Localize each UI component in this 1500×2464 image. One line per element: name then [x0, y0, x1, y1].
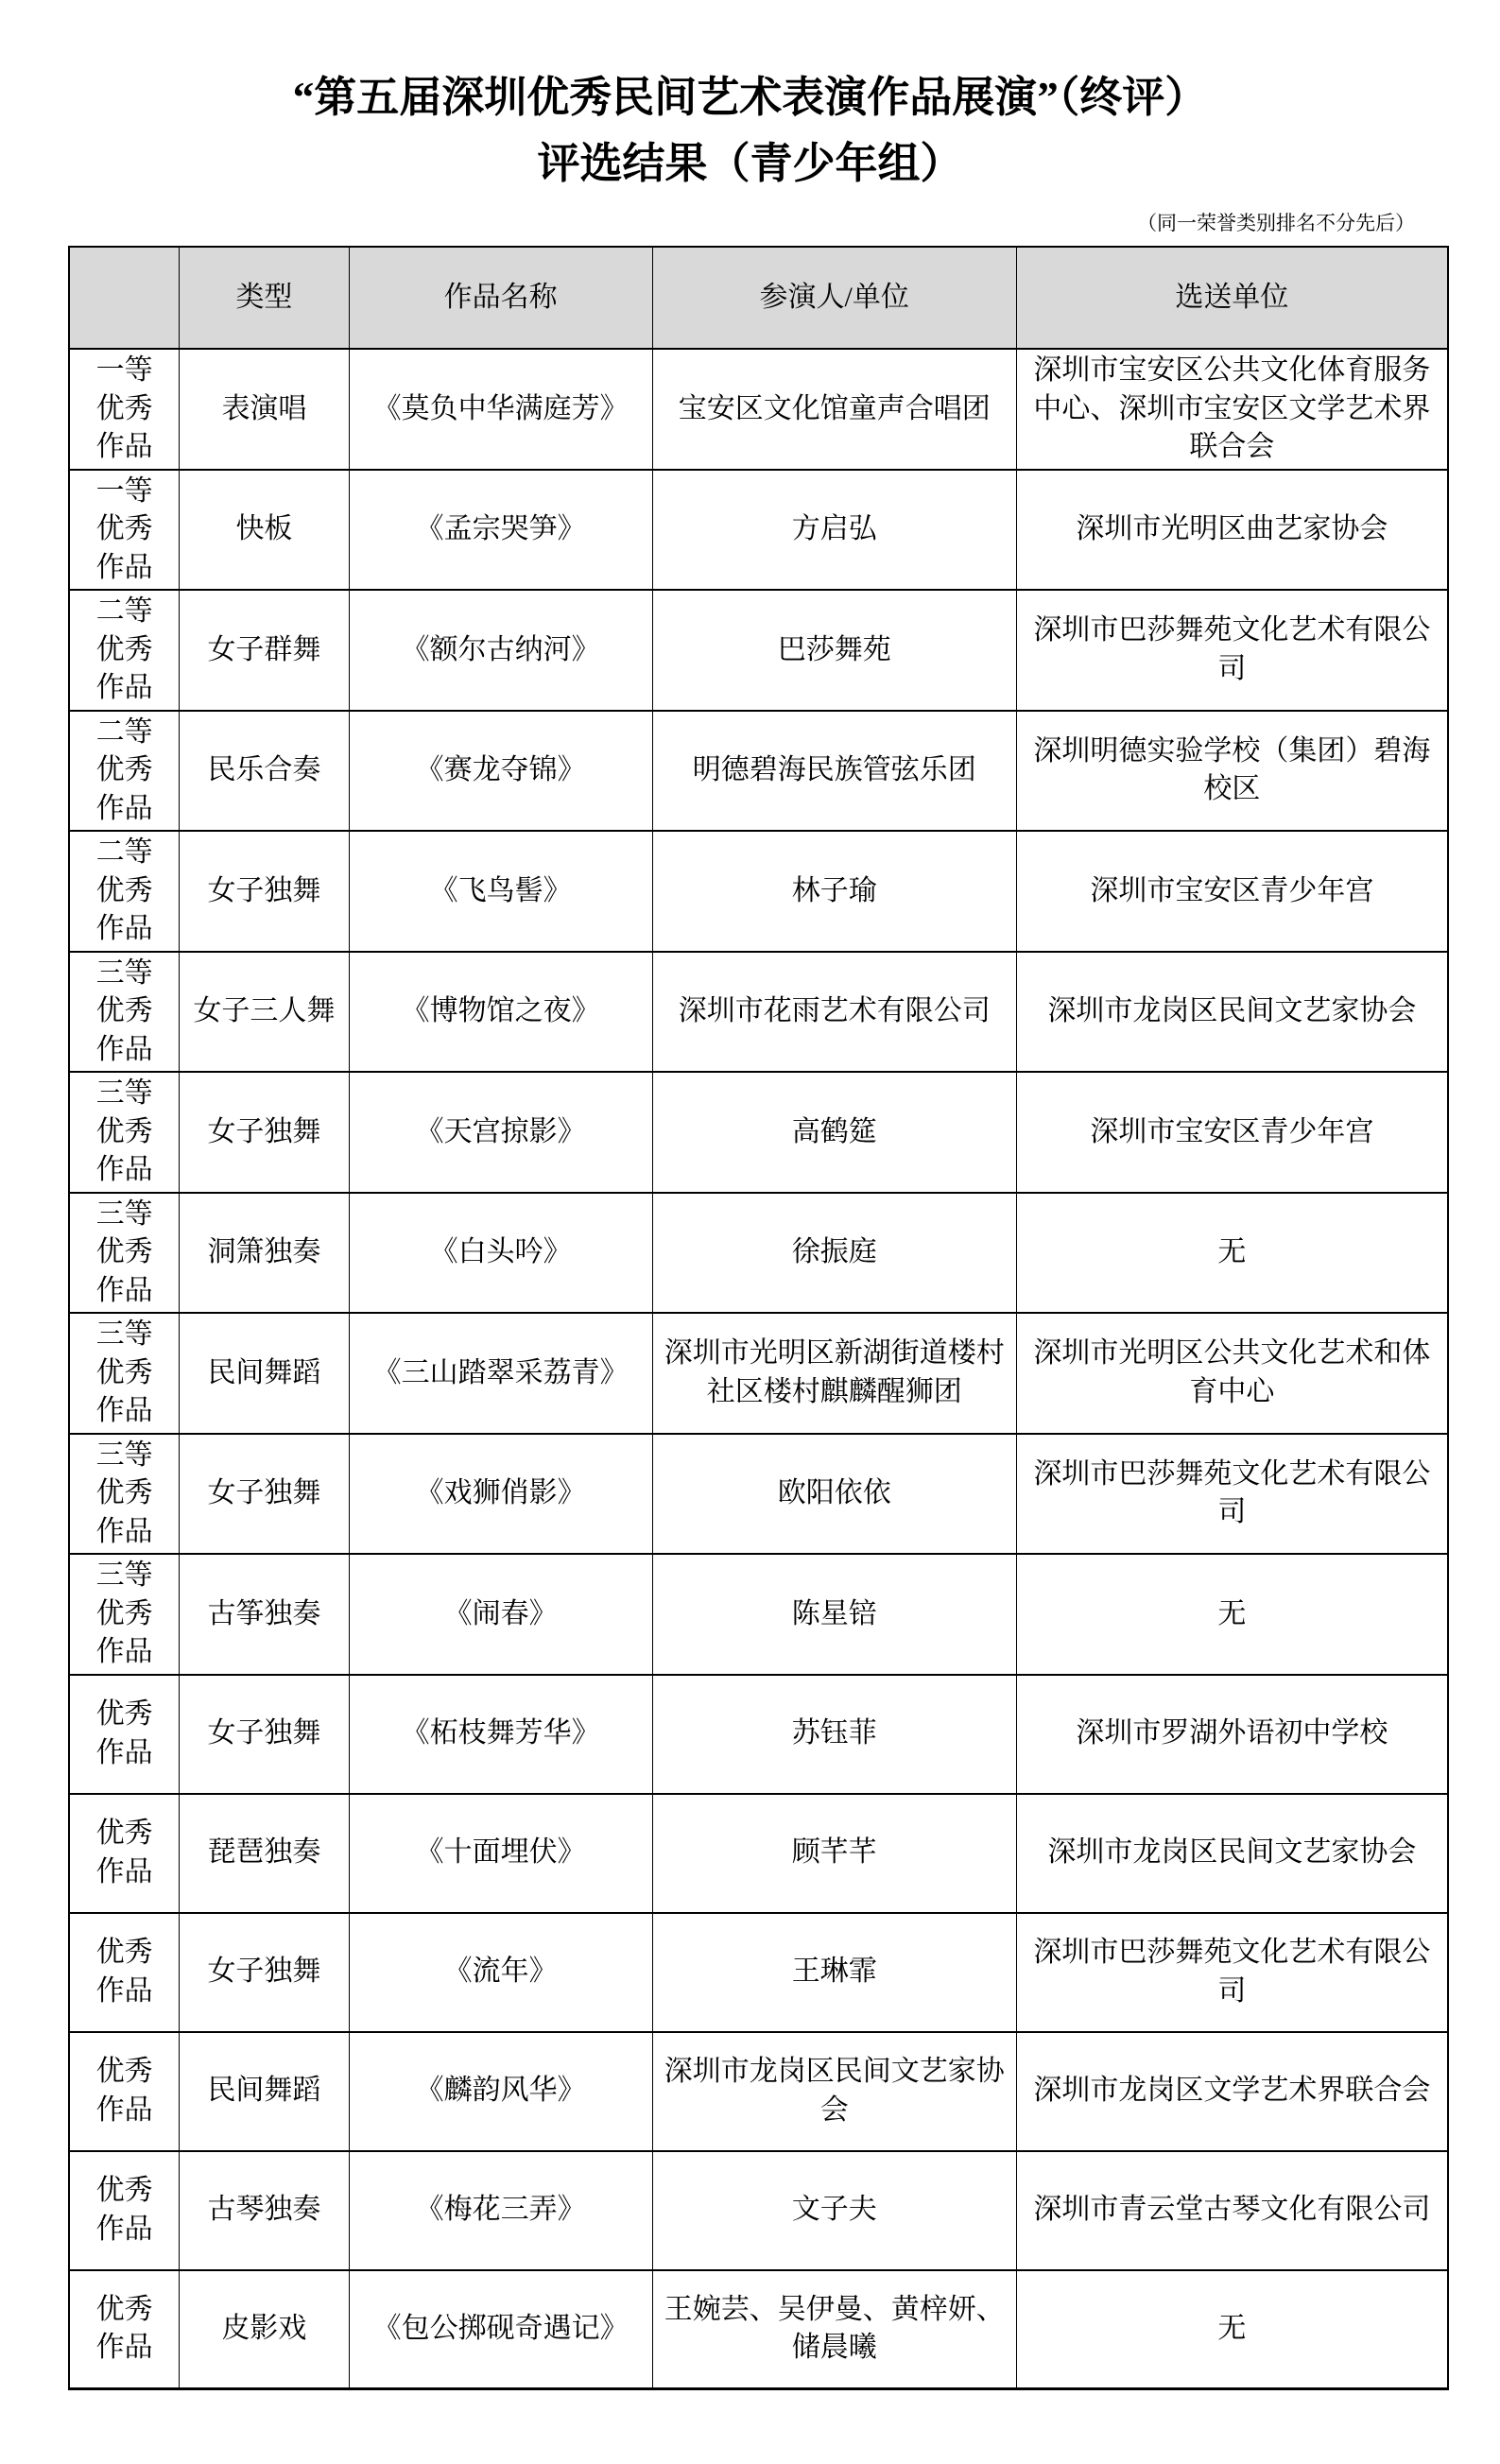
table-row: 一等优秀作品 快板 《孟宗哭笋》 方启弘 深圳市光明区曲艺家协会	[69, 470, 1448, 591]
cell-performer: 方启弘	[652, 470, 1016, 591]
award-label: 优秀作品	[96, 2291, 153, 2368]
award-label: 优秀作品	[96, 2172, 153, 2249]
cell-work: 《天宫掠影》	[349, 1072, 652, 1193]
table-row: 三等优秀作品 女子三人舞 《博物馆之夜》 深圳市花雨艺术有限公司 深圳市龙岗区民…	[69, 952, 1448, 1073]
cell-award: 三等优秀作品	[69, 952, 180, 1073]
table-row: 二等优秀作品 女子独舞 《飞鸟髻》 林子瑜 深圳市宝安区青少年宫	[69, 831, 1448, 952]
cell-performer: 深圳市花雨艺术有限公司	[652, 952, 1016, 1073]
award-label: 二等优秀作品	[96, 714, 153, 829]
header-cell-performer: 参演人/单位	[652, 247, 1016, 349]
cell-award: 三等优秀作品	[69, 1554, 180, 1675]
cell-work: 《戏狮俏影》	[349, 1434, 652, 1555]
table-row: 二等优秀作品 女子群舞 《额尔古纳河》 巴莎舞苑 深圳市巴莎舞苑文化艺术有限公司	[69, 590, 1448, 711]
cell-type: 古筝独奏	[180, 1554, 349, 1675]
cell-unit: 深圳市巴莎舞苑文化艺术有限公司	[1016, 1434, 1448, 1555]
award-label: 三等优秀作品	[96, 1075, 153, 1190]
cell-award: 二等优秀作品	[69, 711, 180, 832]
award-label: 三等优秀作品	[96, 1437, 153, 1552]
cell-unit: 无	[1016, 1193, 1448, 1314]
results-table: 类型 作品名称 参演人/单位 选送单位 一等优秀作品 表演唱 《莫负中华满庭芳》…	[68, 246, 1449, 2390]
cell-unit: 深圳市青云堂古琴文化有限公司	[1016, 2151, 1448, 2270]
table-row: 优秀作品 古琴独奏 《梅花三弄》 文子夫 深圳市青云堂古琴文化有限公司	[69, 2151, 1448, 2270]
cell-award: 优秀作品	[69, 1675, 180, 1794]
award-label: 三等优秀作品	[96, 1557, 153, 1672]
cell-work: 《梅花三弄》	[349, 2151, 652, 2270]
award-label: 三等优秀作品	[96, 1196, 153, 1311]
header-cell-unit: 选送单位	[1016, 247, 1448, 349]
cell-work: 《博物馆之夜》	[349, 952, 652, 1073]
cell-type: 女子独舞	[180, 831, 349, 952]
cell-type: 洞箫独奏	[180, 1193, 349, 1314]
cell-unit: 深圳市宝安区公共文化体育服务中心、深圳市宝安区文学艺术界联合会	[1016, 349, 1448, 470]
cell-type: 民乐合奏	[180, 711, 349, 832]
table-row: 二等优秀作品 民乐合奏 《赛龙夺锦》 明德碧海民族管弦乐团 深圳明德实验学校（集…	[69, 711, 1448, 832]
table-row: 三等优秀作品 女子独舞 《戏狮俏影》 欧阳依依 深圳市巴莎舞苑文化艺术有限公司	[69, 1434, 1448, 1555]
ranking-note: （同一荣誉类别排名不分先后）	[68, 212, 1449, 234]
cell-type: 古琴独奏	[180, 2151, 349, 2270]
table-row: 一等优秀作品 表演唱 《莫负中华满庭芳》 宝安区文化馆童声合唱团 深圳市宝安区公…	[69, 349, 1448, 470]
page-title-line1: “第五届深圳优秀民间艺术表演作品展演”（终评）	[0, 64, 1500, 130]
cell-unit: 深圳明德实验学校（集团）碧海校区	[1016, 711, 1448, 832]
cell-type: 女子群舞	[180, 590, 349, 711]
cell-work: 《赛龙夺锦》	[349, 711, 652, 832]
table-row: 优秀作品 民间舞蹈 《麟韵风华》 深圳市龙岗区民间文艺家协会 深圳市龙岗区文学艺…	[69, 2032, 1448, 2151]
cell-work: 《十面埋伏》	[349, 1794, 652, 1913]
cell-unit: 深圳市光明区曲艺家协会	[1016, 470, 1448, 591]
cell-performer: 巴莎舞苑	[652, 590, 1016, 711]
cell-performer: 宝安区文化馆童声合唱团	[652, 349, 1016, 470]
cell-award: 优秀作品	[69, 1913, 180, 2032]
cell-type: 女子独舞	[180, 1913, 349, 2032]
table-row: 优秀作品 女子独舞 《流年》 王琳霏 深圳市巴莎舞苑文化艺术有限公司	[69, 1913, 1448, 2032]
cell-work: 《柘枝舞芳华》	[349, 1675, 652, 1794]
cell-unit: 深圳市龙岗区文学艺术界联合会	[1016, 2032, 1448, 2151]
award-label: 优秀作品	[96, 1696, 153, 1772]
cell-type: 快板	[180, 470, 349, 591]
cell-award: 一等优秀作品	[69, 349, 180, 470]
award-label: 一等优秀作品	[96, 473, 153, 588]
award-label: 优秀作品	[96, 2053, 153, 2129]
cell-performer: 王琳霏	[652, 1913, 1016, 2032]
cell-type: 皮影戏	[180, 2270, 349, 2389]
page-title-line2: 评选结果（青少年组）	[0, 130, 1500, 197]
cell-award: 二等优秀作品	[69, 590, 180, 711]
cell-work: 《包公掷砚奇遇记》	[349, 2270, 652, 2389]
table-row: 优秀作品 皮影戏 《包公掷砚奇遇记》 王婉芸、吴伊曼、黄梓妍、储晨曦 无	[69, 2270, 1448, 2389]
cell-unit: 深圳市光明区公共文化艺术和体育中心	[1016, 1313, 1448, 1434]
cell-type: 表演唱	[180, 349, 349, 470]
cell-type: 女子独舞	[180, 1434, 349, 1555]
cell-type: 女子独舞	[180, 1675, 349, 1794]
header-cell-type: 类型	[180, 247, 349, 349]
header-cell-award	[69, 247, 180, 349]
cell-unit: 深圳市巴莎舞苑文化艺术有限公司	[1016, 1913, 1448, 2032]
cell-award: 三等优秀作品	[69, 1193, 180, 1314]
award-label: 优秀作品	[96, 1934, 153, 2010]
cell-award: 优秀作品	[69, 2270, 180, 2389]
cell-performer: 深圳市龙岗区民间文艺家协会	[652, 2032, 1016, 2151]
cell-award: 优秀作品	[69, 2032, 180, 2151]
cell-performer: 深圳市光明区新湖街道楼村社区楼村麒麟醒狮团	[652, 1313, 1016, 1434]
cell-work: 《额尔古纳河》	[349, 590, 652, 711]
cell-award: 三等优秀作品	[69, 1313, 180, 1434]
page-title: “第五届深圳优秀民间艺术表演作品展演”（终评） 评选结果（青少年组）	[0, 64, 1500, 197]
cell-performer: 王婉芸、吴伊曼、黄梓妍、储晨曦	[652, 2270, 1016, 2389]
cell-unit: 无	[1016, 1554, 1448, 1675]
cell-work: 《闹春》	[349, 1554, 652, 1675]
award-label: 三等优秀作品	[96, 1316, 153, 1431]
cell-unit: 深圳市罗湖外语初中学校	[1016, 1675, 1448, 1794]
cell-unit: 无	[1016, 2270, 1448, 2389]
table-row: 优秀作品 琵琶独奏 《十面埋伏》 顾芊芊 深圳市龙岗区民间文艺家协会	[69, 1794, 1448, 1913]
table-row: 三等优秀作品 洞箫独奏 《白头吟》 徐振庭 无	[69, 1193, 1448, 1314]
cell-unit: 深圳市龙岗区民间文艺家协会	[1016, 952, 1448, 1073]
award-label: 三等优秀作品	[96, 955, 153, 1070]
header-row: 类型 作品名称 参演人/单位 选送单位	[69, 247, 1448, 349]
cell-performer: 明德碧海民族管弦乐团	[652, 711, 1016, 832]
cell-type: 琵琶独奏	[180, 1794, 349, 1913]
cell-work: 《孟宗哭笋》	[349, 470, 652, 591]
cell-performer: 高鹤筵	[652, 1072, 1016, 1193]
cell-award: 三等优秀作品	[69, 1434, 180, 1555]
cell-work: 《白头吟》	[349, 1193, 652, 1314]
cell-unit: 深圳市巴莎舞苑文化艺术有限公司	[1016, 590, 1448, 711]
cell-performer: 陈星锫	[652, 1554, 1016, 1675]
cell-work: 《莫负中华满庭芳》	[349, 349, 652, 470]
table-row: 三等优秀作品 民间舞蹈 《三山踏翠采荔青》 深圳市光明区新湖街道楼村社区楼村麒麟…	[69, 1313, 1448, 1434]
cell-award: 优秀作品	[69, 1794, 180, 1913]
cell-type: 民间舞蹈	[180, 1313, 349, 1434]
cell-performer: 欧阳依依	[652, 1434, 1016, 1555]
cell-performer: 文子夫	[652, 2151, 1016, 2270]
cell-performer: 徐振庭	[652, 1193, 1016, 1314]
table-row: 三等优秀作品 古筝独奏 《闹春》 陈星锫 无	[69, 1554, 1448, 1675]
document-page: “第五届深圳优秀民间艺术表演作品展演”（终评） 评选结果（青少年组） （同一荣誉…	[0, 0, 1500, 2464]
cell-unit: 深圳市龙岗区民间文艺家协会	[1016, 1794, 1448, 1913]
award-label: 一等优秀作品	[96, 352, 153, 467]
cell-unit: 深圳市宝安区青少年宫	[1016, 831, 1448, 952]
cell-type: 民间舞蹈	[180, 2032, 349, 2151]
table-row: 三等优秀作品 女子独舞 《天宫掠影》 高鹤筵 深圳市宝安区青少年宫	[69, 1072, 1448, 1193]
cell-award: 三等优秀作品	[69, 1072, 180, 1193]
cell-award: 一等优秀作品	[69, 470, 180, 591]
cell-award: 二等优秀作品	[69, 831, 180, 952]
cell-work: 《麟韵风华》	[349, 2032, 652, 2151]
cell-performer: 林子瑜	[652, 831, 1016, 952]
award-label: 优秀作品	[96, 1815, 153, 1891]
table-header: 类型 作品名称 参演人/单位 选送单位	[69, 247, 1448, 349]
header-cell-work: 作品名称	[349, 247, 652, 349]
cell-work: 《飞鸟髻》	[349, 831, 652, 952]
cell-unit: 深圳市宝安区青少年宫	[1016, 1072, 1448, 1193]
cell-type: 女子三人舞	[180, 952, 349, 1073]
cell-work: 《流年》	[349, 1913, 652, 2032]
cell-performer: 苏钰菲	[652, 1675, 1016, 1794]
award-label: 二等优秀作品	[96, 593, 153, 708]
cell-performer: 顾芊芊	[652, 1794, 1016, 1913]
cell-award: 优秀作品	[69, 2151, 180, 2270]
table-row: 优秀作品 女子独舞 《柘枝舞芳华》 苏钰菲 深圳市罗湖外语初中学校	[69, 1675, 1448, 1794]
cell-type: 女子独舞	[180, 1072, 349, 1193]
cell-work: 《三山踏翠采荔青》	[349, 1313, 652, 1434]
award-label: 二等优秀作品	[96, 834, 153, 949]
